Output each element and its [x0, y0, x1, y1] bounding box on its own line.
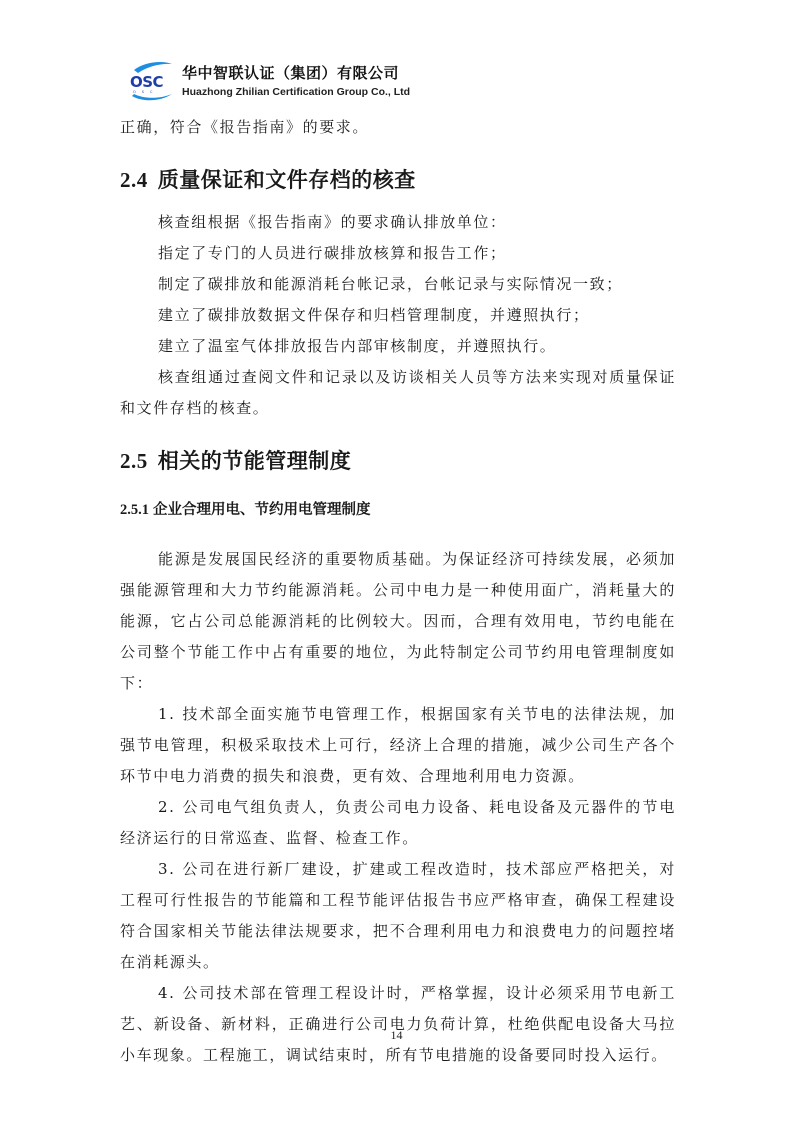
- section-number: 2.4: [120, 168, 148, 192]
- company-name-block: 华中智联认证（集团）有限公司 Huazhong Zhilian Certific…: [182, 63, 410, 99]
- paragraph: 核查组通过查阅文件和记录以及访谈相关人员等方法来实现对质量保证和文件存档的核查。: [120, 362, 676, 424]
- paragraph: 建立了碳排放数据文件保存和归档管理制度，并遵照执行；: [120, 300, 676, 331]
- page-number: 14: [0, 1028, 793, 1043]
- list-item: 2. 公司电气组负责人，负责公司电力设备、耗电设备及元器件的节电经济运行的日常巡…: [120, 792, 676, 854]
- section-heading-2-4: 2.4质量保证和文件存档的核查: [120, 165, 676, 195]
- paragraph: 指定了专门的人员进行碳排放核算和报告工作；: [120, 238, 676, 269]
- subsection-heading-2-5-1: 2.5.1企业合理用电、节约用电管理制度: [120, 498, 676, 522]
- document-header: OSC OSC 华中智联认证（集团）有限公司 Huazhong Zhilian …: [128, 58, 410, 104]
- subsection-number: 2.5.1: [120, 502, 149, 518]
- section-title: 质量保证和文件存档的核查: [158, 167, 416, 192]
- list-item: 1. 技术部全面实施节电管理工作，根据国家有关节电的法律法规，加强节电管理，积极…: [120, 699, 676, 792]
- section-number: 2.5: [120, 449, 148, 473]
- paragraph: 能源是发展国民经济的重要物质基础。为保证经济可持续发展，必须加强能源管理和大力节…: [120, 544, 676, 699]
- section-heading-2-5: 2.5相关的节能管理制度: [120, 446, 676, 476]
- paragraph: 制定了碳排放和能源消耗台帐记录，台帐记录与实际情况一致；: [120, 269, 676, 300]
- company-name-cn: 华中智联认证（集团）有限公司: [182, 63, 410, 83]
- continuation-paragraph: 正确，符合《报告指南》的要求。: [120, 112, 676, 143]
- section-title: 相关的节能管理制度: [158, 448, 352, 473]
- svg-text:OSC: OSC: [133, 90, 158, 94]
- paragraph: 核查组根据《报告指南》的要求确认排放单位：: [120, 207, 676, 238]
- document-body: 正确，符合《报告指南》的要求。 2.4质量保证和文件存档的核查 核查组根据《报告…: [120, 112, 676, 1071]
- company-logo-icon: OSC OSC: [128, 60, 174, 102]
- svg-text:OSC: OSC: [130, 73, 164, 91]
- company-name-en: Huazhong Zhilian Certification Group Co.…: [182, 85, 410, 99]
- list-item: 4. 公司技术部在管理工程设计时，严格掌握，设计必须采用节电新工艺、新设备、新材…: [120, 978, 676, 1071]
- paragraph: 建立了温室气体排放报告内部审核制度，并遵照执行。: [120, 331, 676, 362]
- list-item: 3. 公司在进行新厂建设，扩建或工程改造时，技术部应严格把关，对工程可行性报告的…: [120, 854, 676, 978]
- subsection-title: 企业合理用电、节约用电管理制度: [153, 501, 371, 518]
